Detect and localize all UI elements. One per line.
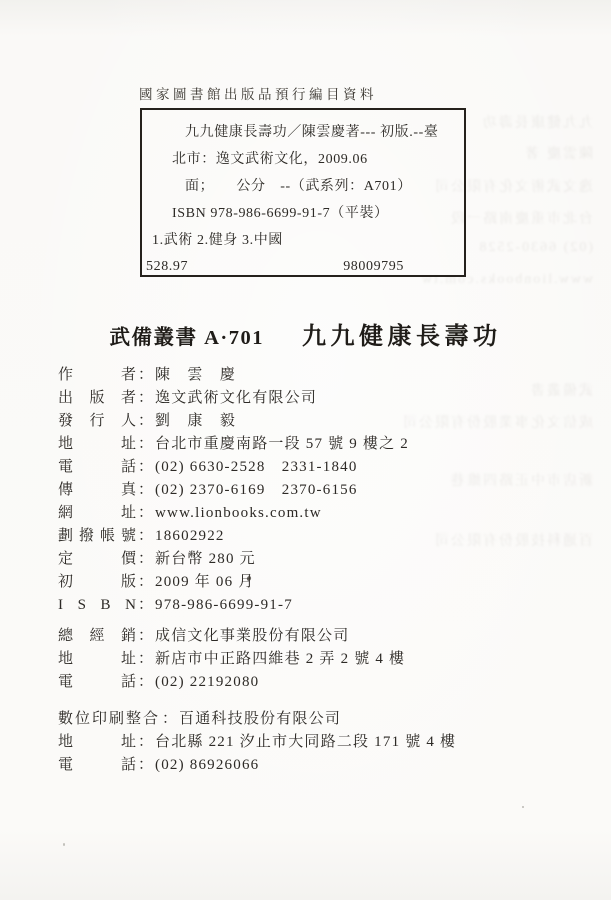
colophon-value: 劉 康 毅 — [155, 413, 236, 429]
colophon-separator: ： — [138, 525, 153, 548]
record-number: 98009795 — [343, 254, 404, 279]
colophon-row-isbn: I S B N：978-986-6699-91-7 — [58, 594, 591, 617]
colophon-value: 百通科技股份有限公司 — [179, 711, 341, 727]
colophon-value: 成信文化事業股份有限公司 — [155, 628, 349, 644]
ink-speck — [63, 843, 65, 846]
bleedthrough-line: 陳雲慶 著 — [524, 143, 594, 163]
colophon-separator: ： — [138, 754, 153, 777]
colophon-separator: ： — [138, 479, 153, 502]
colophon-row-address: 地 址：台北市重慶南路一段 57 號 9 樓之 2 — [58, 433, 591, 456]
colophon-value: (02) 22192080 — [155, 674, 259, 690]
colophon-value: 逸文武術文化有限公司 — [155, 390, 317, 406]
colophon-label: 作 者 — [58, 364, 136, 387]
colophon-separator: ： — [138, 410, 153, 433]
colophon-label: 定 價 — [58, 548, 136, 571]
colophon-row-postal-account: 劃撥帳號：18602922 — [58, 525, 591, 548]
colophon-label: 地 址 — [58, 731, 136, 754]
colophon-row-distributor-phone: 電 話：(02) 22192080 — [58, 671, 591, 694]
colophon-separator: ： — [138, 502, 153, 525]
book-title: 九九健康長壽功 — [302, 316, 502, 351]
colophon-separator: ： — [138, 433, 153, 456]
colophon-row-distributor-address: 地 址：新店市中正路四維巷 2 弄 2 號 4 樓 — [58, 648, 591, 671]
colophon-separator: ： — [138, 456, 153, 479]
colophon-label: 初 版 — [58, 571, 136, 594]
colophon-separator: ： — [138, 387, 153, 410]
title-line: 武備叢書 A·701 九九健康長壽功 — [0, 316, 611, 351]
colophon-value: (02) 86926066 — [155, 757, 259, 773]
colophon-value: (02) 2370-6169 2370-6156 — [155, 482, 358, 498]
colophon-value: 台北市重慶南路一段 57 號 9 樓之 2 — [155, 436, 409, 452]
colophon-row-printer-phone: 電 話：(02) 86926066 — [58, 754, 591, 777]
cip-line-title: 九九健康長壽功／陳雲慶著--- 初版.--臺 — [172, 119, 452, 146]
colophon-separator: ： — [138, 731, 153, 754]
colophon-separator: ： — [138, 625, 153, 648]
cip-line-format: 面； 公分 --（武系列：A701） — [172, 173, 452, 200]
colophon-row-distributor: 總 經 銷：成信文化事業股份有限公司 — [58, 625, 591, 648]
colophon-separator: ： — [138, 671, 153, 694]
colophon-label: 傳 真 — [58, 479, 136, 502]
cip-box: 九九健康長壽功／陳雲慶著--- 初版.--臺 北市：逸文武術文化，2009.06… — [140, 108, 466, 277]
cip-line-publisher: 北市：逸文武術文化，2009.06 — [172, 146, 452, 173]
colophon-value: 2009 年 06 月 — [155, 574, 254, 590]
colophon-value: 978-986-6699-91-7 — [155, 597, 293, 613]
colophon-separator: ： — [138, 594, 153, 617]
colophon-row-issuer: 發 行 人：劉 康 毅 — [58, 410, 591, 433]
cip-line-isbn: ISBN 978-986-6699-91-7（平裝） — [172, 200, 452, 227]
bleedthrough-line: 台北市重慶南路一段 — [449, 208, 593, 228]
colophon-label: 發 行 人 — [58, 410, 136, 433]
colophon-separator: ： — [138, 571, 153, 594]
colophon-label: 電 話 — [58, 456, 136, 479]
colophon-separator: ： — [138, 648, 153, 671]
colophon-value: www.lionbooks.com.tw — [155, 505, 322, 521]
colophon-value: 新店市中正路四維巷 2 弄 2 號 4 樓 — [155, 651, 405, 667]
colophon-label: 出 版 者 — [58, 387, 136, 410]
colophon-value: (02) 6630-2528 2331-1840 — [155, 459, 358, 475]
colophon-label: 劃撥帳號 — [58, 525, 136, 548]
series-title: 武備叢書 A·701 — [109, 320, 264, 350]
colophon-separator: ： — [162, 708, 177, 731]
colophon-row-edition: 初 版：2009 年 06 月 — [58, 571, 591, 594]
scanned-colophon-page: 九九健康長壽功 陳雲慶 著 逸文武術文化有限公司 台北市重慶南路一段 (02) … — [0, 0, 611, 900]
colophon-row-printer: 數位印刷整合：百通科技股份有限公司 — [58, 708, 591, 731]
colophon-label: 總 經 銷 — [58, 625, 136, 648]
colophon-row-author: 作 者：陳 雲 慶 — [58, 364, 591, 387]
colophon-value: 18602922 — [155, 528, 225, 544]
colophon-row-phone: 電 話：(02) 6630-2528 2331-1840 — [58, 456, 591, 479]
colophon-row-printer-address: 地 址：台北縣 221 汐止市大同路二段 171 號 4 樓 — [58, 731, 591, 754]
colophon-separator: ： — [138, 364, 153, 387]
colophon-list: 作 者：陳 雲 慶 出 版 者：逸文武術文化有限公司 發 行 人：劉 康 毅 地… — [58, 364, 591, 777]
colophon-separator: ： — [138, 548, 153, 571]
colophon-label: I S B N — [58, 594, 136, 617]
colophon-label: 電 話 — [58, 754, 136, 777]
cip-line-numbers: 528.97 98009795 — [146, 254, 452, 279]
cip-line-subjects: 1.武術 2.健身 3.中國 — [152, 227, 452, 254]
cip-header: 國家圖書館出版品預行編目資料 — [139, 83, 377, 103]
ink-speck — [522, 806, 524, 808]
bleedthrough-line: (02) 6630-2528 — [478, 240, 594, 256]
colophon-label: 網 址 — [58, 502, 136, 525]
colophon-label: 地 址 — [58, 648, 136, 671]
colophon-value: 台北縣 221 汐止市大同路二段 171 號 4 樓 — [155, 734, 456, 750]
colophon-label: 電 話 — [58, 671, 136, 694]
colophon-label: 地 址 — [58, 433, 136, 456]
colophon-row-website: 網 址：www.lionbooks.com.tw — [58, 502, 591, 525]
colophon-value: 陳 雲 慶 — [155, 367, 236, 383]
bleedthrough-line: 九九健康長壽功 — [481, 112, 593, 132]
colophon-value: 新台幣 280 元 — [155, 551, 256, 567]
colophon-row-fax: 傳 真：(02) 2370-6169 2370-6156 — [58, 479, 591, 502]
colophon-row-publisher: 出 版 者：逸文武術文化有限公司 — [58, 387, 591, 410]
classification-number: 528.97 — [146, 254, 188, 279]
colophon-label: 數位印刷整合 — [58, 708, 160, 731]
colophon-row-price: 定 價：新台幣 280 元 — [58, 548, 591, 571]
